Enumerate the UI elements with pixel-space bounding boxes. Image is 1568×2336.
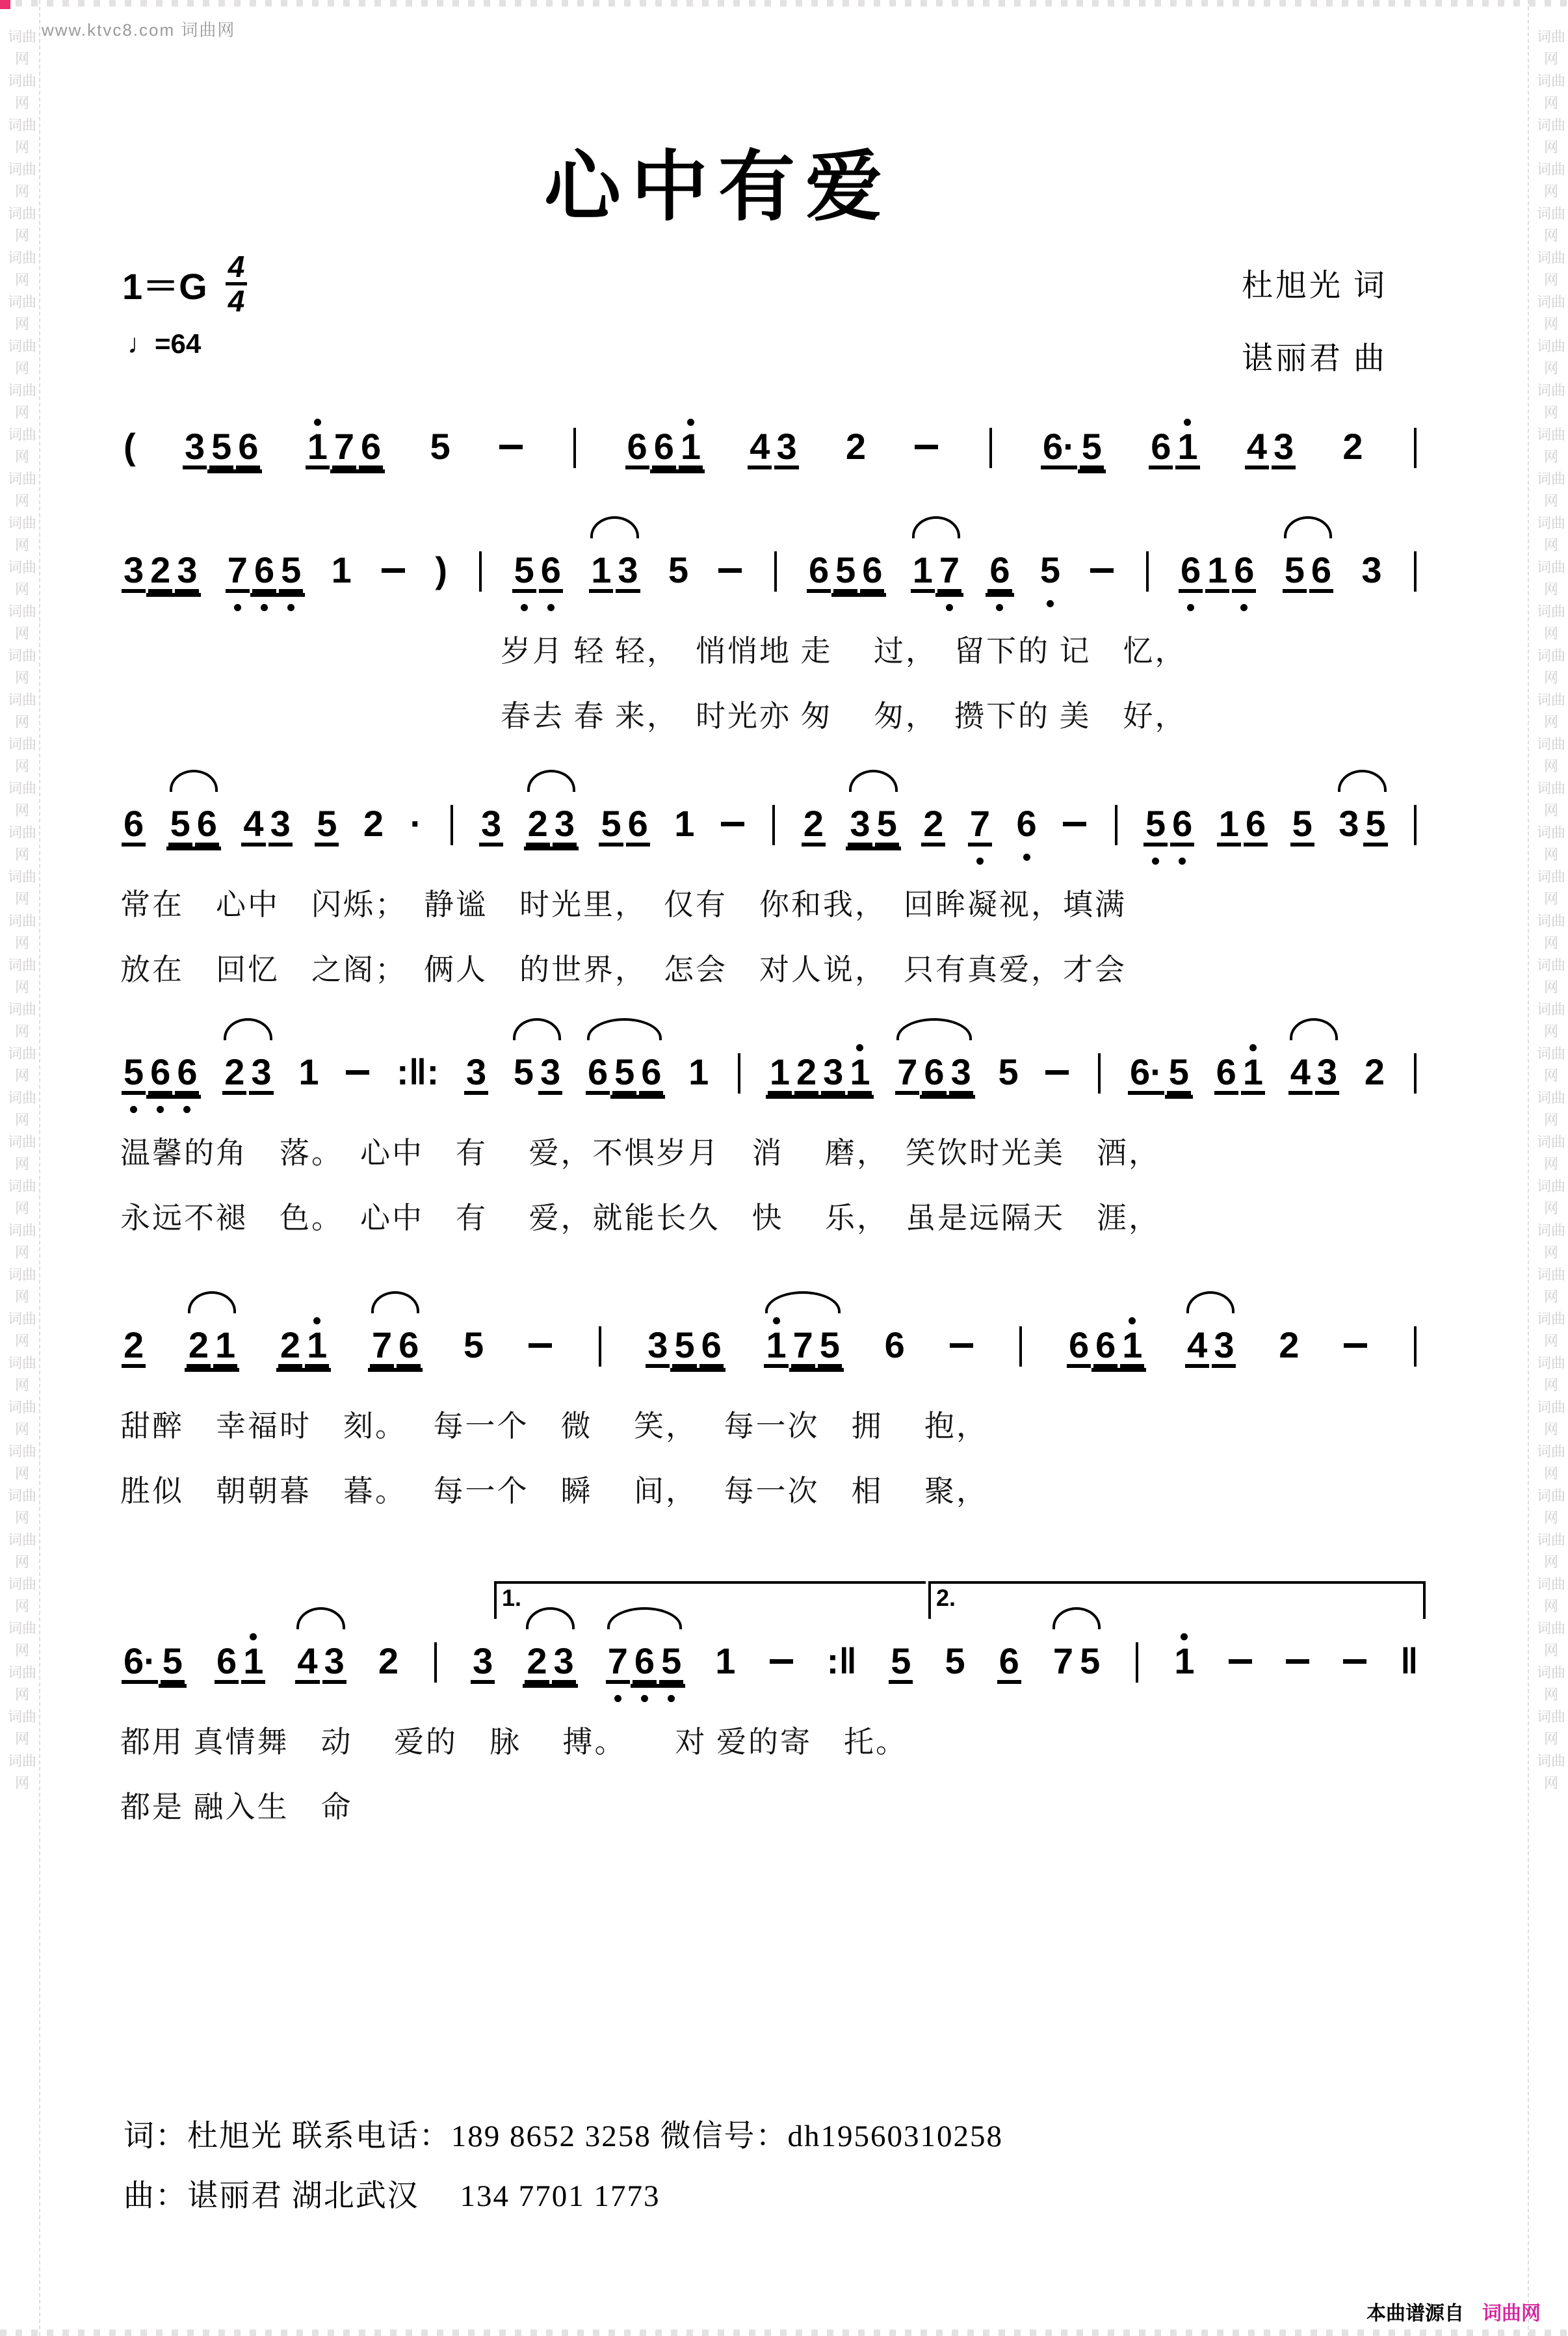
site-watermark: www.ktvc8.com 词曲网 <box>42 17 235 41</box>
dash-note <box>1342 1315 1369 1384</box>
volta-bracket: 1. <box>494 1581 926 1619</box>
lyrics-row: 常在 心中 闪烁； 静谧 时光里， 仅有 你和我， 回眸凝视，填满 <box>120 890 1422 920</box>
barline <box>770 540 781 612</box>
note-token: 5 <box>612 1042 636 1115</box>
lyrics-row: 温馨的角 落。 心中 有 爱，不惧岁月 消 磨， 笑饮时光美 酒， <box>120 1138 1422 1168</box>
note-group: 1 <box>712 1605 738 1700</box>
note-token: 5 <box>279 540 303 613</box>
lyrics-row: 甜醉 幸福时 刻。 每一个 微 笑， 每一次 拥 抱， <box>120 1411 1422 1441</box>
dash-note <box>948 1315 975 1384</box>
note-token: ) <box>433 540 449 609</box>
barline <box>1142 540 1153 612</box>
note-group: 6·5 <box>120 1605 186 1704</box>
note-token: 5 <box>512 540 536 613</box>
note-group <box>1130 1605 1143 1703</box>
note-token: 6 <box>539 540 563 613</box>
key-signature: 1＝G 4 4 <box>122 251 247 317</box>
note-token: 1 <box>764 1315 788 1388</box>
note-token: 2 <box>148 540 172 613</box>
note-token: 1 <box>1172 1631 1196 1700</box>
note-token: 3 <box>268 793 293 867</box>
source-prefix: 本曲谱源自 <box>1366 2297 1464 2326</box>
dash-note <box>527 1315 554 1384</box>
barline <box>986 416 996 488</box>
note-group: 1 <box>685 1016 712 1111</box>
note-token: 5 <box>875 793 899 867</box>
note-token: 6 <box>252 540 276 613</box>
note-group: 6 <box>996 1605 1023 1704</box>
note-token: 5 <box>1080 416 1104 490</box>
barline <box>569 416 580 488</box>
note-token: 6 <box>1244 793 1268 867</box>
music-system: 6·5614323237651:‖556751‖1.2.都用 真情舞 动 爱的 … <box>120 1605 1422 1822</box>
note-group <box>1087 514 1117 609</box>
note-group <box>429 1605 442 1703</box>
octave-dot-low <box>130 1106 137 1113</box>
octave-dot-low <box>946 604 953 611</box>
note-token: 6 <box>652 416 676 490</box>
note-token: 2 <box>794 1042 818 1115</box>
note-token: 5 <box>833 540 857 613</box>
note-group: 356 <box>644 1289 724 1388</box>
note-group <box>1340 1605 1370 1700</box>
note-group: 2 <box>800 767 827 867</box>
note-token: 3 <box>249 1042 273 1115</box>
note-group <box>911 390 941 486</box>
note-token: 3 <box>471 1631 495 1704</box>
composer-credit: 谌丽君 曲 <box>1242 333 1387 378</box>
barline <box>734 1042 744 1114</box>
contact-line-lyricist: 词：杜旭光 联系电话：189 8652 3258 微信号：dh195603102… <box>124 2112 1003 2155</box>
note-token: 5 <box>512 1042 536 1115</box>
barline <box>447 793 457 865</box>
note-token: 7 <box>370 1315 394 1388</box>
note-group <box>1283 1605 1313 1700</box>
time-signature: 4 4 <box>226 251 248 317</box>
contact-line-composer: 曲：谌丽君 湖北武汉 134 7701 1773 <box>124 2172 660 2215</box>
slur-group: 56 <box>167 767 220 867</box>
lyricist-credit: 杜旭光 词 <box>1242 260 1387 305</box>
note-token: 4 <box>1185 1315 1209 1388</box>
barline <box>1015 1315 1026 1387</box>
note-group: 566 <box>120 1016 200 1115</box>
note-group: 2 <box>375 1605 402 1700</box>
note-token: 3 <box>183 416 207 490</box>
note-token: 1 <box>306 416 330 490</box>
note-token: 6 <box>883 1315 907 1384</box>
octave-dot-low <box>641 1695 648 1702</box>
slur-group: 13 <box>588 514 641 613</box>
note-group <box>715 514 745 609</box>
note-token: 3 <box>821 1042 845 1115</box>
note-token: 5 <box>1167 1042 1191 1115</box>
note-group: 765 <box>224 514 304 613</box>
note-token: 6 <box>1170 793 1194 867</box>
note-group: 5 <box>941 1605 968 1700</box>
barline <box>595 1315 605 1387</box>
note-token: 1 <box>1120 1315 1144 1388</box>
note-token: 3 <box>848 793 872 867</box>
note-token: 2 <box>122 1315 146 1388</box>
note-group <box>474 514 487 612</box>
note-token: 5 <box>1283 540 1307 613</box>
note-group <box>767 767 780 865</box>
note-token: 5 <box>1143 793 1168 867</box>
octave-dot-low <box>547 604 555 611</box>
note-group: 43 <box>746 390 800 490</box>
note-group <box>343 1016 372 1111</box>
dash-note <box>497 416 525 486</box>
note-token: 1 <box>1217 793 1241 867</box>
note-token: 3 <box>646 1315 670 1388</box>
note-token: 5 <box>209 416 233 490</box>
lyrics-row: 都是 融入生 命 <box>120 1792 1422 1822</box>
note-group: 5 <box>665 514 692 609</box>
octave-dot-low <box>1187 604 1194 611</box>
note-token: 5 <box>666 540 690 609</box>
note-group <box>1409 390 1422 488</box>
note-token: 6 <box>359 416 383 490</box>
note-group <box>1014 1289 1027 1387</box>
edge-watermark-right: 词曲网 词曲网 词曲网 词曲网 词曲网 词曲网 词曲网 词曲网 词曲网 词曲网 … <box>1528 0 1568 2336</box>
note-group: 661 <box>1065 1289 1145 1388</box>
note-token: 7 <box>226 540 250 613</box>
note-token: 1 <box>296 1042 320 1111</box>
source-attribution: 本曲谱源自 词曲网 <box>1366 2297 1541 2326</box>
note-token: 3 <box>1337 793 1361 867</box>
note-group <box>1409 767 1422 865</box>
note-group <box>568 390 581 488</box>
note-token: 2 <box>921 793 945 867</box>
note-group: 43 <box>1244 390 1297 490</box>
dash-note <box>1341 1631 1368 1700</box>
note-group: 5 <box>460 1289 487 1384</box>
note-group <box>766 1605 796 1700</box>
note-group: 1 <box>1171 1605 1197 1700</box>
octave-dot-low <box>976 858 984 865</box>
note-token: 5 <box>1038 540 1062 609</box>
dash-note <box>380 540 407 609</box>
note-token: 1 <box>330 540 354 609</box>
slur-group: 53 <box>510 1016 564 1115</box>
octave-dot-high <box>1181 1633 1188 1640</box>
note-token: 4 <box>241 793 265 867</box>
slur-group: 75 <box>1050 1605 1103 1700</box>
note-group: 3 <box>1358 514 1385 609</box>
note-token: 2 <box>1363 1042 1387 1111</box>
note-token: 7 <box>791 1315 815 1388</box>
note-group: :‖: <box>393 1016 442 1111</box>
note-token: 5 <box>659 1631 683 1704</box>
note-group: 1 <box>295 1016 322 1111</box>
dash-note <box>913 416 940 486</box>
slur-group: 17 <box>909 514 963 613</box>
octave-dot-high <box>687 419 694 426</box>
note-group: 6 <box>986 514 1013 613</box>
note-token: 6 <box>626 793 650 867</box>
octave-dot-high <box>1184 419 1191 426</box>
note-token: 1 <box>713 1631 737 1700</box>
note-group: 2 <box>120 1289 147 1388</box>
barline <box>475 540 486 612</box>
note-row: (35617656614326·561432 <box>120 390 1422 490</box>
note-group: 2 <box>1361 1016 1388 1111</box>
note-token: 1 <box>1205 540 1229 613</box>
dash-note <box>344 1042 371 1111</box>
note-group <box>378 514 408 609</box>
note-token: 3 <box>464 1042 488 1115</box>
note-token: 6 <box>148 1042 172 1115</box>
time-signature-numerator: 4 <box>226 251 248 285</box>
lyrics-row: 岁月 轻 轻， 悄悄地 走 过， 留下的 记 忆， <box>120 636 1422 666</box>
note-row: 221217653561756661432 <box>120 1289 1422 1388</box>
note-token: 6 <box>997 1631 1021 1704</box>
note-token: 6 <box>1093 1315 1117 1388</box>
music-system: 566231:‖:3536561123176356·561432温馨的角 落。 … <box>120 1016 1422 1233</box>
sheet-music-page: 词曲网 词曲网 词曲网 词曲网 词曲网 词曲网 词曲网 词曲网 词曲网 词曲网 … <box>0 0 1568 2336</box>
lyrics-row: 胜似 朝朝暮 暮。 每一个 瞬 间， 每一次 相 聚， <box>120 1476 1422 1506</box>
note-group: 323 <box>120 514 200 613</box>
note-token: 1 <box>589 540 613 613</box>
barline <box>1410 1042 1420 1114</box>
slur-group: 765 <box>605 1605 685 1704</box>
note-token: 3 <box>616 540 640 613</box>
note-token: 6 <box>122 793 146 867</box>
note-group: 5 <box>887 1605 914 1704</box>
octave-dot-low <box>1152 858 1159 865</box>
notation-symbol: :‖: <box>395 1042 441 1111</box>
barline <box>430 1631 441 1703</box>
note-token: 6 <box>215 1631 239 1704</box>
barline <box>1111 793 1121 865</box>
note-group: 6 <box>120 767 147 867</box>
note-token: 6 <box>1232 540 1256 613</box>
note-group: 1231 <box>766 1016 874 1115</box>
note-token: 1 <box>672 793 696 863</box>
music-system: 3237651)561356561765616563岁月 轻 轻， 悄悄地 走 … <box>120 514 1422 731</box>
note-group: 43 <box>240 767 293 867</box>
note-token: 3 <box>1315 1042 1339 1115</box>
note-group <box>1409 1289 1422 1387</box>
note-token: 3 <box>949 1042 973 1115</box>
notation-symbol: ‖ <box>1398 1631 1420 1700</box>
note-group: ) <box>432 514 451 609</box>
note-group <box>525 1289 555 1384</box>
dash-note <box>716 540 744 609</box>
note-token: 2 <box>222 1042 246 1115</box>
note-token: · <box>408 793 424 863</box>
barline <box>1094 1042 1104 1114</box>
lyrics-row: 放在 回忆 之阁； 俩人 的世界， 怎会 对人说， 只有真爱，才会 <box>120 955 1422 985</box>
note-group <box>1141 514 1154 612</box>
dash-note <box>1043 1042 1071 1111</box>
slur-group: 76 <box>369 1289 422 1388</box>
note-token: 5 <box>161 1631 185 1704</box>
octave-dot-low <box>614 1695 621 1702</box>
note-token: 6 <box>586 1042 610 1115</box>
note-group: 61 <box>1213 1016 1266 1115</box>
note-group: 6 <box>882 1289 908 1384</box>
note-token: 5 <box>462 1315 486 1384</box>
note-group: · <box>406 767 425 863</box>
note-group: 2 <box>920 767 947 867</box>
note-group <box>947 1289 976 1384</box>
note-token: 7 <box>895 1042 919 1115</box>
note-token: 3 <box>1359 540 1383 609</box>
music-system: 6564352·3235612352765616535常在 心中 闪烁； 静谧 … <box>120 767 1422 985</box>
slur-group: 43 <box>1287 1016 1340 1115</box>
note-group: :‖ <box>824 1605 861 1700</box>
volta-bracket: 2. <box>928 1581 1426 1619</box>
note-group <box>769 514 782 612</box>
note-token: 5 <box>1078 1631 1102 1700</box>
lyrics-row: 都用 真情舞 动 爱的 脉 搏。 对 爱的寄 托。 <box>120 1727 1422 1757</box>
octave-dot-low <box>183 1106 190 1113</box>
note-token: 3 <box>175 540 199 613</box>
slur-group: 23 <box>523 1605 577 1704</box>
note-token: 6 <box>807 540 831 613</box>
octave-dot-high <box>1129 1317 1136 1324</box>
note-token: 2 <box>187 1315 211 1388</box>
slur-group: 56 <box>1281 514 1335 613</box>
note-token: 6 <box>633 1631 657 1704</box>
note-token: 1 <box>911 540 935 613</box>
note-token: 1 <box>679 416 703 490</box>
slur-group: 23 <box>525 767 578 867</box>
slur-group: 656 <box>584 1016 664 1115</box>
note-token: 5 <box>428 416 452 486</box>
barline <box>1132 1631 1142 1703</box>
note-group <box>1093 1016 1106 1114</box>
octave-dot-low <box>668 1695 675 1702</box>
octave-dot-high <box>1249 1044 1257 1051</box>
note-row: 6·5614323237651:‖556751‖ <box>120 1605 1422 1704</box>
note-token: 2 <box>844 416 868 486</box>
note-group: 3 <box>469 1605 496 1704</box>
note-row: 6564352·3235612352765616535 <box>120 767 1422 867</box>
octave-dot-high <box>773 1317 780 1324</box>
note-group: 21 <box>277 1289 330 1388</box>
octave-dot-low <box>1047 600 1054 607</box>
octave-dot-low <box>261 604 268 611</box>
note-token: 6 <box>195 793 219 867</box>
note-group: 1 <box>328 514 355 609</box>
note-group: 6 <box>1013 767 1039 863</box>
note-token: 5 <box>1290 793 1314 867</box>
note-group: 5 <box>426 390 453 486</box>
time-signature-denominator: 4 <box>226 285 248 317</box>
dash-note <box>1227 1631 1254 1700</box>
note-token: 1 <box>686 1042 711 1111</box>
octave-dot-low <box>1240 604 1248 611</box>
note-group: 356 <box>181 390 261 490</box>
source-site-link[interactable]: 词曲网 <box>1482 2297 1541 2326</box>
note-token: 6 <box>1067 1315 1091 1388</box>
note-group <box>733 1016 746 1114</box>
note-group <box>718 767 748 863</box>
note-token: 5 <box>599 793 623 867</box>
note-group: 2 <box>843 390 869 486</box>
note-token: 1 <box>1241 1042 1265 1115</box>
note-row: 566231:‖:3536561123176356·561432 <box>120 1016 1422 1115</box>
note-token: ( <box>122 416 138 486</box>
octave-dot-low <box>996 604 1003 611</box>
note-token: 5 <box>168 793 192 867</box>
lyrics-row: 永远不褪 色。 心中 有 爱，就能长久 快 乐， 虽是远隔天 涯， <box>120 1203 1422 1233</box>
note-group: 5 <box>1037 514 1064 609</box>
note-token: 1 <box>241 1631 265 1704</box>
note-token: 5 <box>996 1042 1020 1111</box>
bottom-border-pattern <box>0 2329 1568 2336</box>
note-token: 7 <box>937 540 961 613</box>
note-token: 2 <box>376 1631 400 1700</box>
note-token: 3 <box>1212 1315 1236 1388</box>
dash-note <box>1284 1631 1311 1700</box>
note-token: 7 <box>606 1631 630 1704</box>
notation-symbol: :‖ <box>825 1631 859 1700</box>
note-token: 1 <box>213 1315 237 1388</box>
note-group: 61 <box>213 1605 267 1704</box>
note-group: ( <box>120 390 139 486</box>
note-group: 3 <box>463 1016 490 1115</box>
note-token: 2 <box>1277 1315 1301 1384</box>
slur-group: 23 <box>221 1016 274 1115</box>
note-token: 3 <box>538 1042 562 1115</box>
note-token: 3 <box>553 793 577 867</box>
slur-group: 763 <box>894 1016 974 1115</box>
note-group <box>1110 767 1123 865</box>
dash-note <box>719 793 746 863</box>
octave-dot-low <box>157 1106 164 1113</box>
note-token: 6 <box>236 416 260 490</box>
note-group: 6·5 <box>1127 1016 1192 1115</box>
note-token: 7 <box>1051 1631 1075 1700</box>
barline <box>1410 793 1420 865</box>
note-token: 5 <box>1363 793 1387 867</box>
note-group <box>1042 1016 1072 1111</box>
note-group <box>984 390 997 488</box>
note-group: 56 <box>511 514 564 613</box>
note-group: 2 <box>360 767 387 863</box>
note-group: 616 <box>1177 514 1257 613</box>
octave-dot-low <box>521 604 528 611</box>
note-token: 2 <box>802 793 826 867</box>
note-token: 7 <box>332 416 356 490</box>
barline <box>1410 416 1420 488</box>
note-group: 56 <box>1142 767 1196 867</box>
note-token: 4 <box>748 416 772 490</box>
note-group: ‖ <box>1397 1605 1422 1700</box>
octave-dot-high <box>856 1044 863 1051</box>
corner-marker <box>0 0 10 9</box>
note-group: 5 <box>1289 767 1316 867</box>
note-group <box>1340 1289 1370 1384</box>
dash-note <box>1088 540 1116 609</box>
note-token: 4 <box>295 1631 319 1704</box>
music-system: 221217653561756661432甜醉 幸福时 刻。 每一个 微 笑， … <box>120 1289 1422 1506</box>
lyrics-row: 春去 春 来， 时光亦 匆 匆， 攒下的 美 好， <box>120 702 1422 731</box>
note-group: 7 <box>967 767 993 867</box>
note-token: 6 <box>699 1315 724 1388</box>
note-token: 2 <box>526 793 550 867</box>
note-group <box>496 390 526 486</box>
note-token: 7 <box>968 793 992 867</box>
note-token: 6· <box>1128 1042 1164 1115</box>
slur-group: 43 <box>1184 1289 1237 1388</box>
octave-dot-low <box>234 604 241 611</box>
note-token: 6· <box>122 1631 158 1704</box>
note-token: 4 <box>1288 1042 1313 1115</box>
